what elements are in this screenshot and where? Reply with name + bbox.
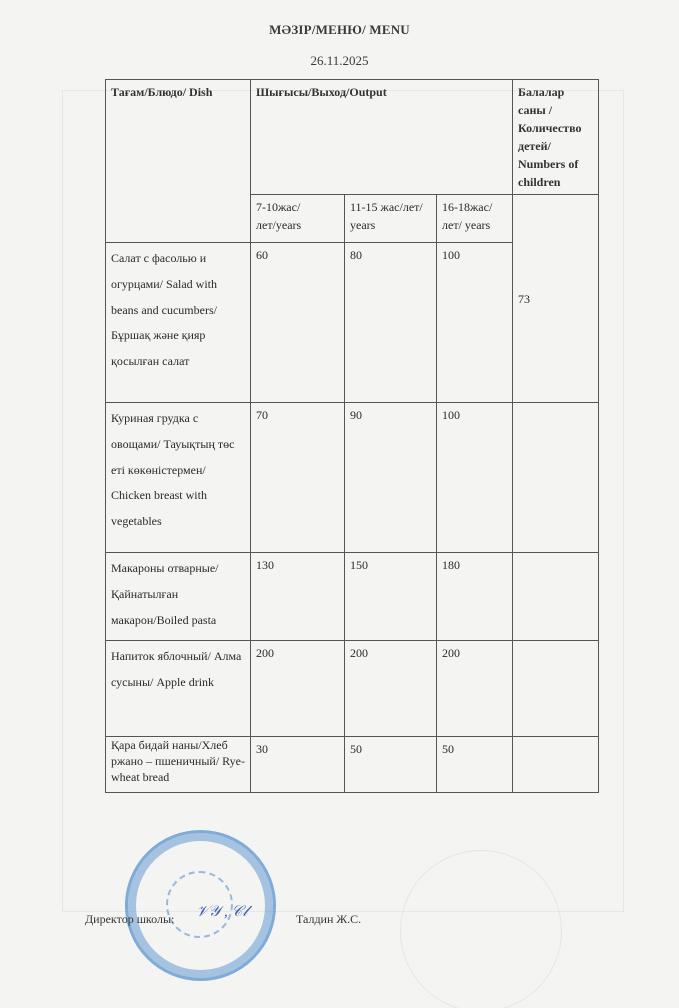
children-empty-cell — [513, 737, 599, 793]
portion-16-18: 180 — [437, 553, 513, 641]
dish-name: Салат с фасолью и огурцами/ Salad with b… — [106, 243, 251, 403]
page-title: МӘЗІР/МЕНЮ/ MENU — [0, 22, 679, 38]
children-column-header: Балалар саны /Количество детей/ Numbers … — [513, 80, 599, 195]
portion-7-10: 130 — [251, 553, 345, 641]
signatory-name: Талдин Ж.С. — [296, 912, 361, 927]
children-empty-cell — [513, 641, 599, 737]
menu-table: Тағам/Блюдо/ Dish Шығысы/Выход/Output Ба… — [105, 79, 599, 793]
portion-11-15: 90 — [345, 403, 437, 553]
portion-11-15: 200 — [345, 641, 437, 737]
table-row: Куриная грудка с овощами/ Тауықтың төс е… — [106, 403, 599, 553]
portion-7-10: 70 — [251, 403, 345, 553]
table-row: Напиток яблочный/ Алма сусыны/ Apple dri… — [106, 641, 599, 737]
portion-7-10: 30 — [251, 737, 345, 793]
children-count: 73 — [513, 195, 599, 403]
dish-name: Макароны отварные/ Қайнатылған макарон/B… — [106, 553, 251, 641]
portion-11-15: 50 — [345, 737, 437, 793]
children-empty-cell — [513, 553, 599, 641]
dish-name: Куриная грудка с овощами/ Тауықтың төс е… — [106, 403, 251, 553]
menu-date: 26.11.2025 — [0, 53, 679, 69]
portion-11-15: 80 — [345, 243, 437, 403]
portion-16-18: 100 — [437, 403, 513, 553]
output-column-header: Шығысы/Выход/Output — [251, 80, 513, 195]
signature-label: Директор школы: — [85, 912, 174, 927]
age-group-11-15: 11-15 жас/лет/ years — [345, 195, 437, 243]
dish-column-header: Тағам/Блюдо/ Dish — [106, 80, 251, 243]
dish-name: Напиток яблочный/ Алма сусыны/ Apple dri… — [106, 641, 251, 737]
portion-16-18: 50 — [437, 737, 513, 793]
portion-16-18: 200 — [437, 641, 513, 737]
table-row: Макароны отварные/ Қайнатылған макарон/B… — [106, 553, 599, 641]
portion-7-10: 60 — [251, 243, 345, 403]
faint-stamp-bleed-icon — [400, 850, 562, 1008]
portion-7-10: 200 — [251, 641, 345, 737]
portion-11-15: 150 — [345, 553, 437, 641]
dish-name: Қара бидай наны/Хлеб ржано – пшеничный/ … — [106, 737, 251, 793]
header-row: Тағам/Блюдо/ Dish Шығысы/Выход/Output Ба… — [106, 80, 599, 195]
handwritten-signature-icon: 𝒱𝒴 , 𝒞𝓁 — [196, 903, 247, 921]
age-group-16-18: 16-18жас/лет/ years — [437, 195, 513, 243]
portion-16-18: 100 — [437, 243, 513, 403]
children-empty-cell — [513, 403, 599, 553]
age-group-7-10: 7-10жас/лет/years — [251, 195, 345, 243]
table-row: Қара бидай наны/Хлеб ржано – пшеничный/ … — [106, 737, 599, 793]
